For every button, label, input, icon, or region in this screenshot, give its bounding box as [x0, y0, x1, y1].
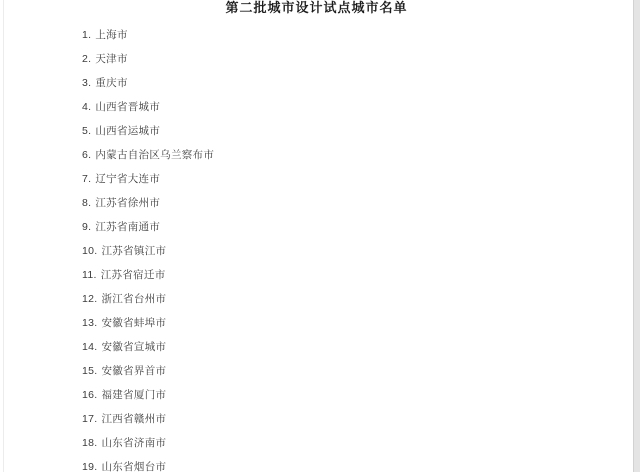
list-item: 7.辽宁省大连市	[82, 167, 214, 191]
list-item: 9.江苏省南通市	[82, 215, 214, 239]
list-item: 10.江苏省镇江市	[82, 239, 214, 263]
list-item-name: 山西省运城市	[95, 125, 160, 137]
list-item-number: 17.	[82, 407, 98, 431]
list-item-number: 16.	[82, 383, 98, 407]
list-item-number: 14.	[82, 335, 98, 359]
list-item-number: 9.	[82, 215, 91, 239]
list-item: 19.山东省烟台市	[82, 455, 214, 472]
list-item-name: 江苏省宿迁市	[101, 269, 166, 281]
list-item-number: 2.	[82, 47, 91, 71]
list-item-name: 山西省晋城市	[95, 101, 160, 113]
list-item-number: 1.	[82, 23, 91, 47]
list-item-name: 安徽省界首市	[102, 365, 167, 377]
list-item: 4.山西省晋城市	[82, 95, 214, 119]
list-item-name: 辽宁省大连市	[95, 173, 160, 185]
list-item-name: 山东省济南市	[102, 437, 167, 449]
list-item: 1.上海市	[82, 23, 214, 47]
list-item-name: 山东省烟台市	[102, 461, 167, 472]
scrollbar-track[interactable]	[633, 0, 640, 472]
list-item-number: 6.	[82, 143, 91, 167]
list-item-number: 12.	[82, 287, 98, 311]
list-item-number: 15.	[82, 359, 98, 383]
list-item-name: 江苏省南通市	[95, 221, 160, 233]
list-item: 17.江西省赣州市	[82, 407, 214, 431]
list-item-name: 浙江省台州市	[102, 293, 167, 305]
list-item: 16.福建省厦门市	[82, 383, 214, 407]
list-item-number: 8.	[82, 191, 91, 215]
list-item: 13.安徽省蚌埠市	[82, 311, 214, 335]
document-page: 第二批城市设计试点城市名单 1.上海市2.天津市3.重庆市4.山西省晋城市5.山…	[0, 0, 640, 472]
list-item-name: 安徽省蚌埠市	[102, 317, 167, 329]
list-item-name: 安徽省宣城市	[102, 341, 167, 353]
list-item: 6.内蒙古自治区乌兰察布市	[82, 143, 214, 167]
page-title: 第二批城市设计试点城市名单	[0, 1, 633, 15]
list-item-name: 江苏省徐州市	[95, 197, 160, 209]
list-item-name: 内蒙古自治区乌兰察布市	[95, 149, 214, 161]
list-item-name: 江西省赣州市	[102, 413, 167, 425]
list-item: 5.山西省运城市	[82, 119, 214, 143]
list-item-number: 13.	[82, 311, 98, 335]
list-item-name: 江苏省镇江市	[102, 245, 167, 257]
list-item-number: 18.	[82, 431, 98, 455]
list-item: 18.山东省济南市	[82, 431, 214, 455]
list-item-name: 上海市	[95, 29, 127, 41]
list-item: 15.安徽省界首市	[82, 359, 214, 383]
list-item-number: 3.	[82, 71, 91, 95]
list-item-number: 7.	[82, 167, 91, 191]
list-item-number: 4.	[82, 95, 91, 119]
list-item: 3.重庆市	[82, 71, 214, 95]
list-item-name: 天津市	[95, 53, 127, 65]
list-item: 12.浙江省台州市	[82, 287, 214, 311]
list-item-number: 5.	[82, 119, 91, 143]
page-left-border-line	[3, 0, 4, 472]
list-item: 14.安徽省宣城市	[82, 335, 214, 359]
list-item-number: 19.	[82, 455, 98, 472]
list-item-number: 11.	[82, 263, 97, 287]
list-item: 11.江苏省宿迁市	[82, 263, 214, 287]
list-item: 8.江苏省徐州市	[82, 191, 214, 215]
city-list: 1.上海市2.天津市3.重庆市4.山西省晋城市5.山西省运城市6.内蒙古自治区乌…	[82, 23, 214, 472]
list-item-name: 重庆市	[95, 77, 127, 89]
list-item-number: 10.	[82, 239, 98, 263]
list-item-name: 福建省厦门市	[102, 389, 167, 401]
list-item: 2.天津市	[82, 47, 214, 71]
